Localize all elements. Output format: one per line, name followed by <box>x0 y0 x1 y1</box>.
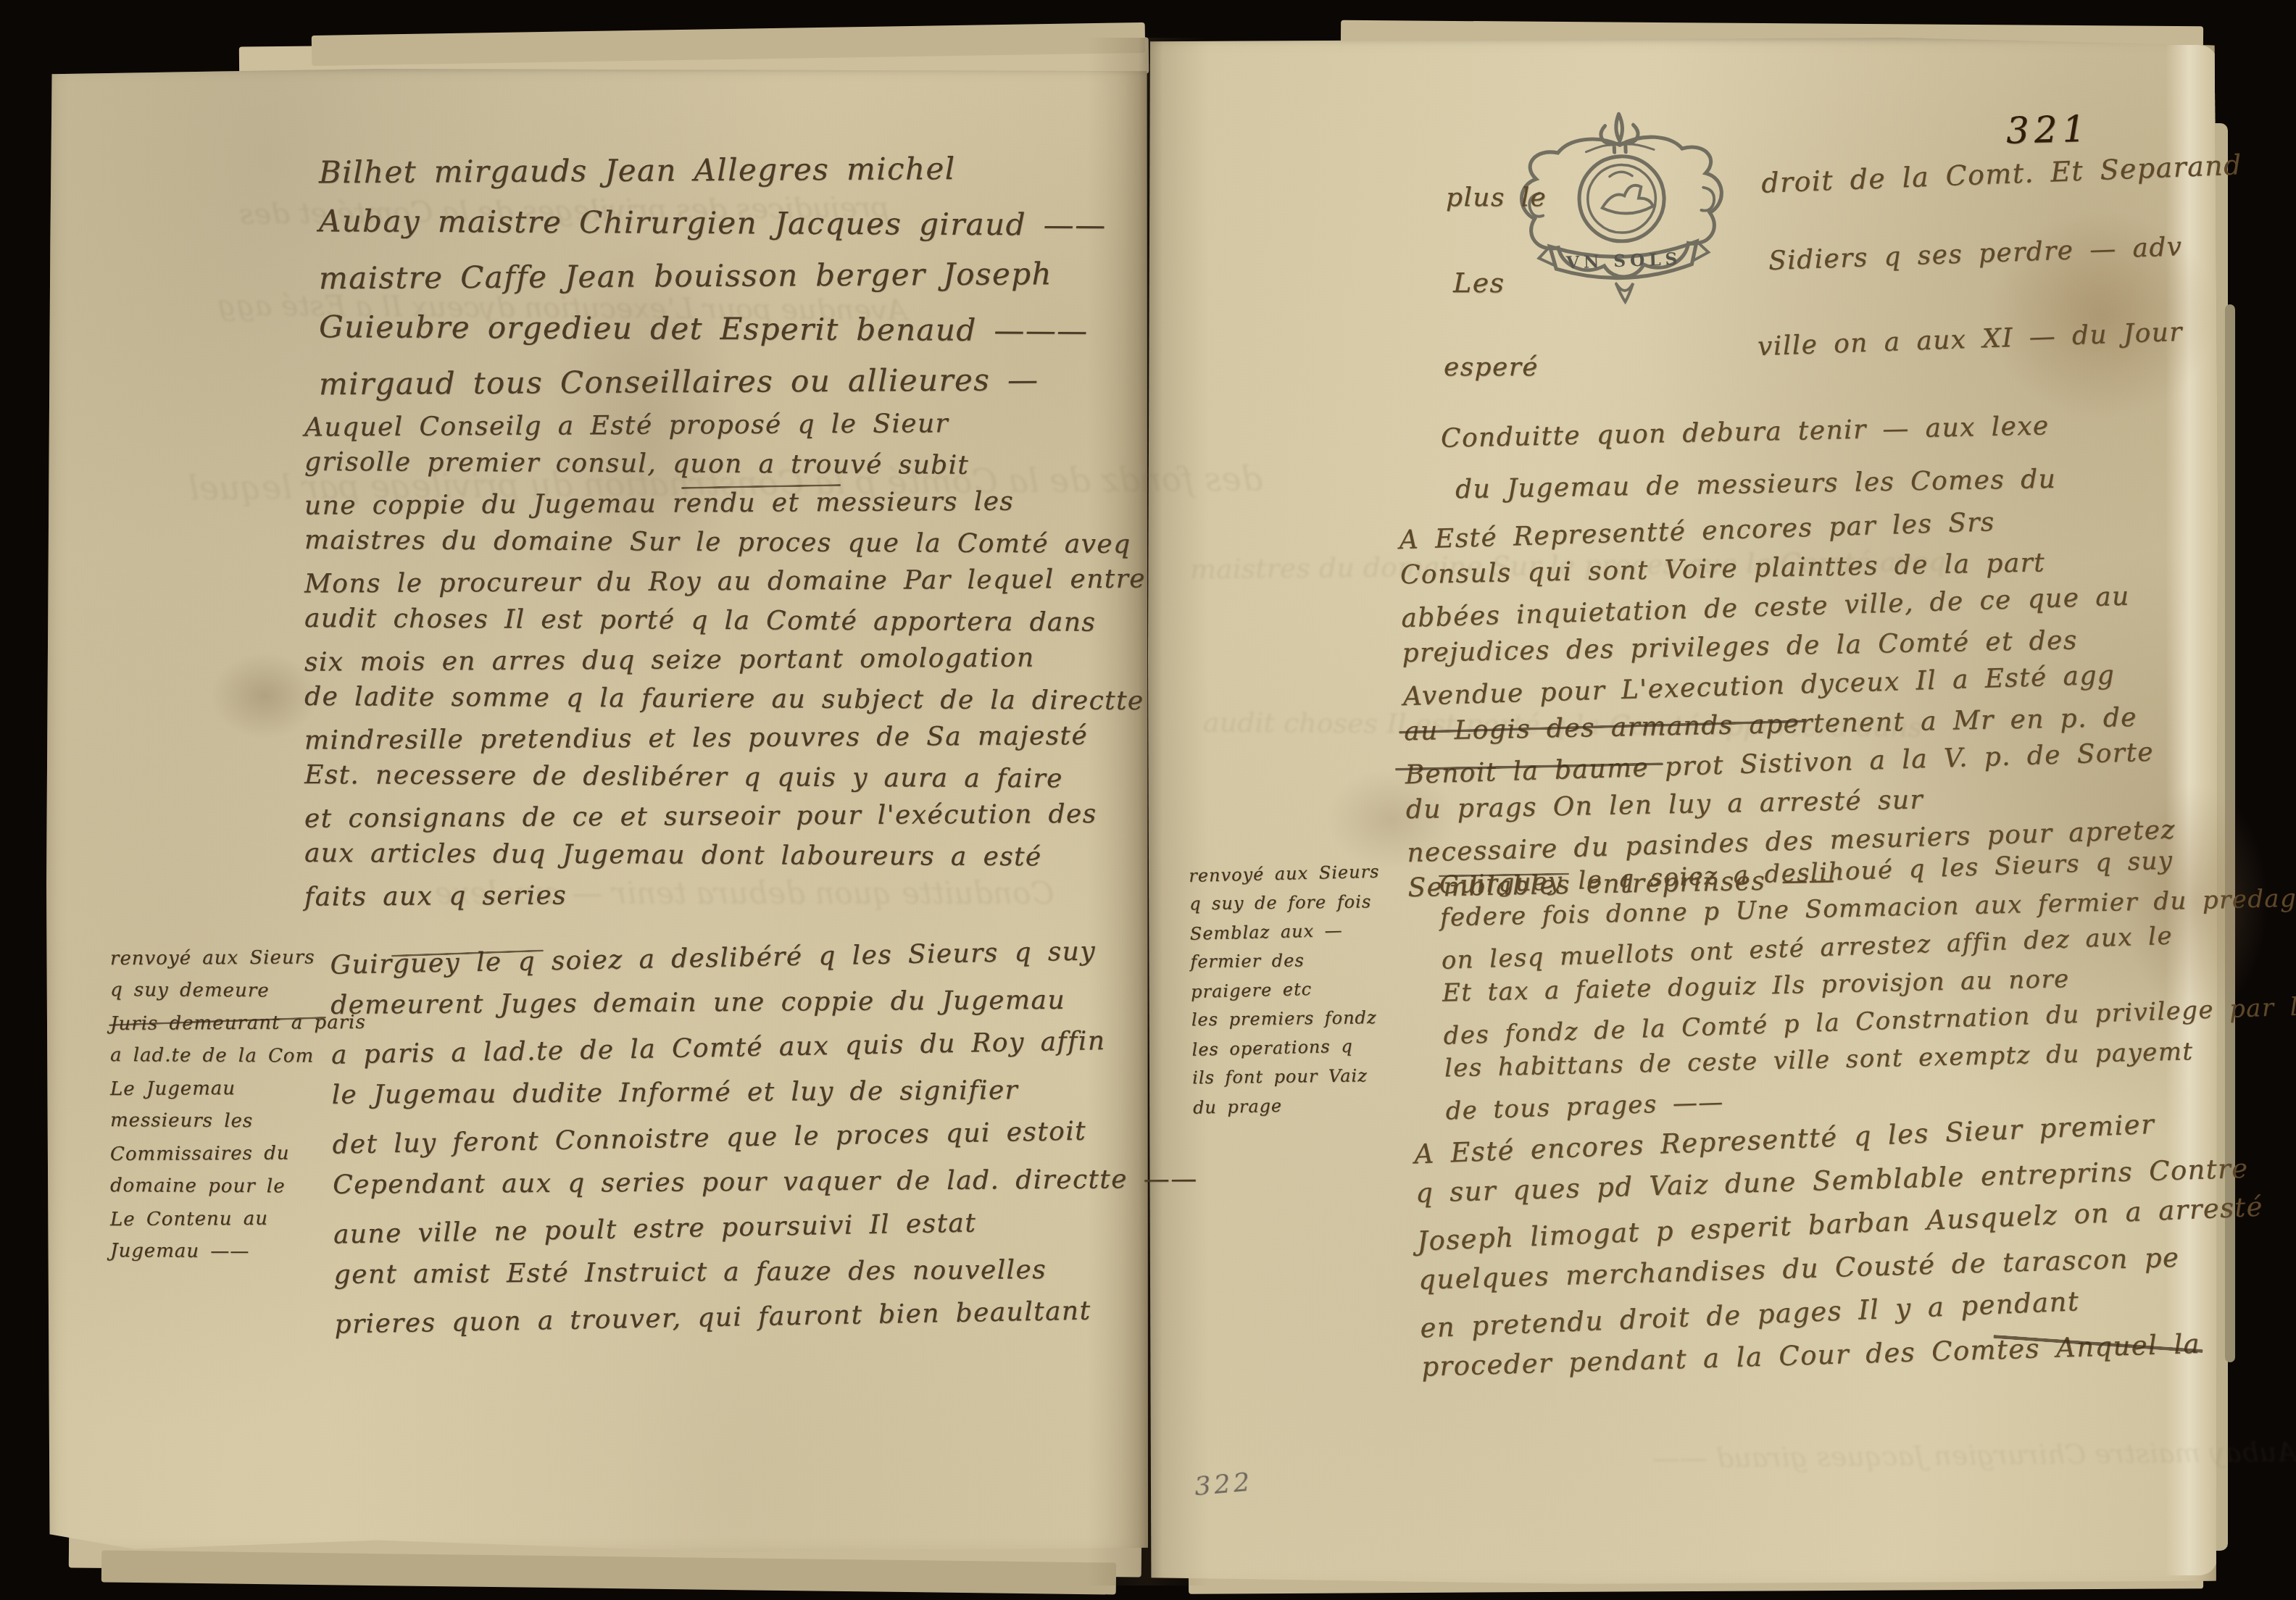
margin-note-line: Jugemau —— <box>110 1235 366 1269</box>
manuscript-line: Aubay maistre Chirurgien Jacques giraud … <box>319 194 1107 251</box>
margin-note-line: Semblaz aux — <box>1189 915 1381 949</box>
left-heading-block: Bilhet mirgauds Jean Allegres michel Aub… <box>319 143 1106 408</box>
manuscript-line: Mons le procureur du Roy au domaine Par … <box>304 559 1146 604</box>
manuscript-line: esperé <box>1444 352 1539 382</box>
margin-note-line: fermier des <box>1190 945 1381 976</box>
right-margin-notes: renvoyé aux Sieurs q suy de fore fois Se… <box>1189 857 1384 1122</box>
manuscript-line: mindresille pretendius et les pouvres de… <box>304 716 1146 760</box>
manuscript-line: Bilhet mirgauds Jean Allegres michel <box>319 141 1107 199</box>
manuscript-line: aux articles duq Jugemau dont laboureurs… <box>304 834 1146 878</box>
pencil-folio-number: 322 <box>1193 1467 1254 1502</box>
margin-note-line: messieurs les <box>110 1104 366 1138</box>
manuscript-line: plus le <box>1446 183 1547 212</box>
margin-note-line: a lad.te de la Com <box>110 1039 366 1073</box>
manuscript-line: de ladite somme q la fauriere au subject… <box>304 678 1146 721</box>
margin-note-line: ils font pour Vaiz <box>1192 1061 1384 1092</box>
manuscript-line: Auquel Conseilg a Esté proposé q le Sieu… <box>304 403 1146 447</box>
folio-number: 321 <box>2005 107 2091 151</box>
right-paragraph3-block: Guirguey le q soiez a deslihoué q les Si… <box>1439 838 2296 1128</box>
margin-note-line: q suy demeure <box>110 974 366 1008</box>
margin-note-line: les operations q <box>1191 1031 1383 1064</box>
margin-note-line: Commissaires du <box>110 1137 366 1171</box>
left-lower-block: Guirguey le q soiez a deslibéré q les Si… <box>330 930 1199 1345</box>
margin-note-line: Le Contenu au <box>110 1202 366 1236</box>
manuscript-line: maistres du domaine Sur le proces que la… <box>304 521 1146 564</box>
left-margin-notes: renvoyé aux Sieurs q suy demeure Juris d… <box>110 942 366 1268</box>
manuscript-line: Les <box>1453 267 1505 299</box>
manuscript-line: audit choses Il est porté q la Comté app… <box>304 599 1146 643</box>
margin-note-line: domaine pour le <box>110 1170 366 1204</box>
manuscript-line: grisolle premier consul, quon a trouvé s… <box>304 443 1146 486</box>
manuscript-line: Est. necessere de deslibérer q quis y au… <box>304 756 1146 799</box>
left-paragraph-block: Auquel Conseilg a Esté proposé q le Sieu… <box>304 406 1146 914</box>
margin-note-line: les premiers fondz <box>1191 1003 1383 1034</box>
manuscript-line: maistre Caffe Jean bouisson berger Josep… <box>319 247 1107 305</box>
margin-note-line: du prage <box>1192 1089 1384 1122</box>
margin-note-line: praigere etc <box>1191 973 1382 1007</box>
margin-note-line: q suy de fore fois <box>1189 887 1381 918</box>
manuscript-line: Guieubre orgedieu det Esperit benaud ——— <box>319 300 1107 357</box>
manuscript-photo: prejudices des privileges de la Comté et… <box>0 0 2296 1600</box>
manuscript-line: six mois en arres duq seize portant omol… <box>304 638 1146 682</box>
stamp-banner-text: VN SOLS <box>1565 249 1682 273</box>
margin-note-line: Le Jugemau <box>110 1072 366 1106</box>
manuscript-line: faits aux q series <box>304 872 1146 917</box>
margin-note-line: renvoyé aux Sieurs <box>110 941 366 975</box>
margin-note-line: renvoyé aux Sieurs <box>1189 857 1380 891</box>
manuscript-line: mirgaud tous Conseillaires ou allieures … <box>319 353 1107 411</box>
manuscript-line: et consignans de ce et surseoir pour l'e… <box>304 794 1146 838</box>
